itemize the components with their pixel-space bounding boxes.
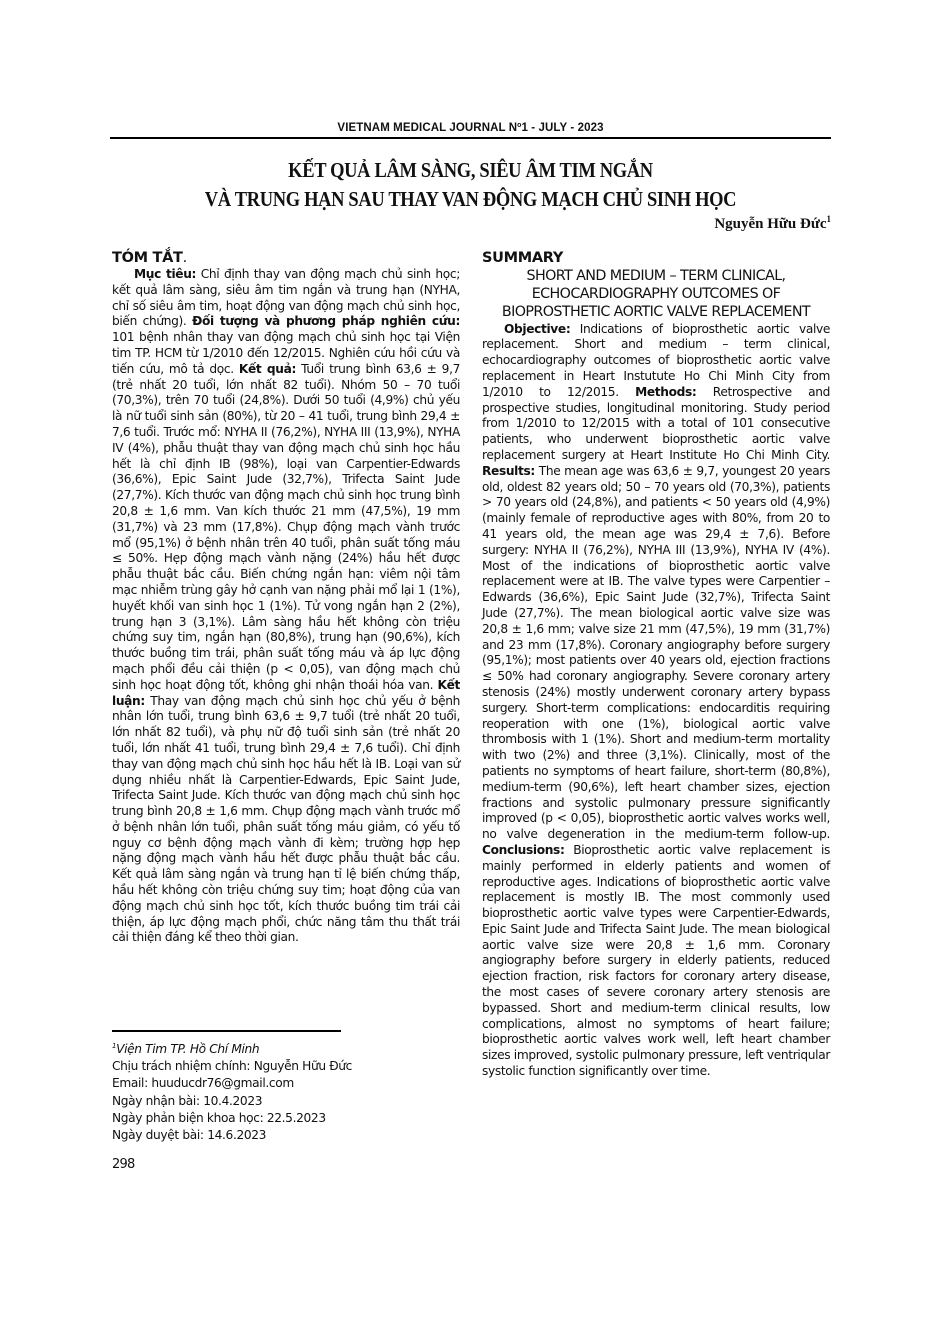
english-title: SHORT AND MEDIUM – TERM CLINICAL, ECHOCA… xyxy=(486,267,826,322)
conclusion-label-en: Conclusions: xyxy=(482,843,564,857)
article-title: KẾT QUẢ LÂM SÀNG, SIÊU ÂM TIM NGẮN VÀ TR… xyxy=(160,156,780,214)
abstract-en-body: Objective: Indications of bioprosthetic … xyxy=(482,322,830,1080)
results-label-en: Results: xyxy=(482,464,535,478)
journal-name: VIETNAM MEDICAL JOURNAL N xyxy=(337,122,517,134)
journal-header: VIETNAM MEDICAL JOURNAL No1 - JULY - 202… xyxy=(110,122,831,134)
header-rule xyxy=(110,137,831,139)
objective-label-en: Objective: xyxy=(504,322,570,336)
author-name: Nguyễn Hữu Đức xyxy=(714,216,826,232)
issue-date: 1 - JULY - 2023 xyxy=(522,122,604,134)
abstract-vi-heading-text: TÓM TẮT xyxy=(112,250,183,266)
footnote-reviewed-date: Ngày phản biện khoa học: 22.5.2023 xyxy=(112,1110,460,1127)
footnote-affiliation-text: Viện Tim TP. Hồ Chí Minh xyxy=(116,1042,259,1056)
abstract-vi-heading-dot: . xyxy=(183,250,187,266)
article-title-line-1: KẾT QUẢ LÂM SÀNG, SIÊU ÂM TIM NGẮN xyxy=(160,156,780,185)
results-label-vi: Kết quả: xyxy=(239,362,296,376)
results-text-en: The mean age was 63,6 ± 9,7, youngest 20… xyxy=(482,464,830,841)
objective-label-vi: Mục tiêu: xyxy=(134,267,196,281)
footnote-email: Email: huuducdr76@gmail.com xyxy=(112,1075,460,1092)
article-title-line-2: VÀ TRUNG HẠN SAU THAY VAN ĐỘNG MẠCH CHỦ … xyxy=(160,185,780,214)
abstract-vi-body: Mục tiêu: Chỉ định thay van động mạch ch… xyxy=(112,267,460,946)
abstract-vi-heading: TÓM TẮT. xyxy=(112,250,460,267)
author-affiliation-mark: 1 xyxy=(827,214,832,224)
footnotes: 1Viện Tim TP. Hồ Chí Minh Chịu trách nhi… xyxy=(112,1038,460,1144)
footnote-accepted-date: Ngày duyệt bài: 14.6.2023 xyxy=(112,1127,460,1144)
footnote-corresponding-author: Chịu trách nhiệm chính: Nguyễn Hữu Đức xyxy=(112,1058,460,1075)
page-number: 298 xyxy=(112,1157,134,1172)
conclusion-text-en: Bioprosthetic aortic valve replacement i… xyxy=(482,843,830,1078)
results-text-vi: Tuổi trung bình 63,6 ± 9,7 (trẻ nhất 20 … xyxy=(112,362,460,692)
methods-label-en: Methods: xyxy=(635,385,696,399)
abstract-english: SUMMARY SHORT AND MEDIUM – TERM CLINICAL… xyxy=(482,250,830,1080)
summary-heading: SUMMARY xyxy=(482,250,830,267)
footnote-affiliation: 1Viện Tim TP. Hồ Chí Minh xyxy=(112,1038,460,1058)
abstract-vietnamese: TÓM TẮT. Mục tiêu: Chỉ định thay van độn… xyxy=(112,250,460,946)
author-byline: Nguyễn Hữu Đức1 xyxy=(714,214,831,233)
methods-label-vi: Đối tượng và phương pháp nghiên cứu: xyxy=(192,314,460,328)
footnote-received-date: Ngày nhận bài: 10.4.2023 xyxy=(112,1093,460,1110)
footnote-rule xyxy=(112,1030,341,1032)
conclusion-text-vi: Thay van động mạch chủ sinh học chủ yếu … xyxy=(112,694,460,945)
